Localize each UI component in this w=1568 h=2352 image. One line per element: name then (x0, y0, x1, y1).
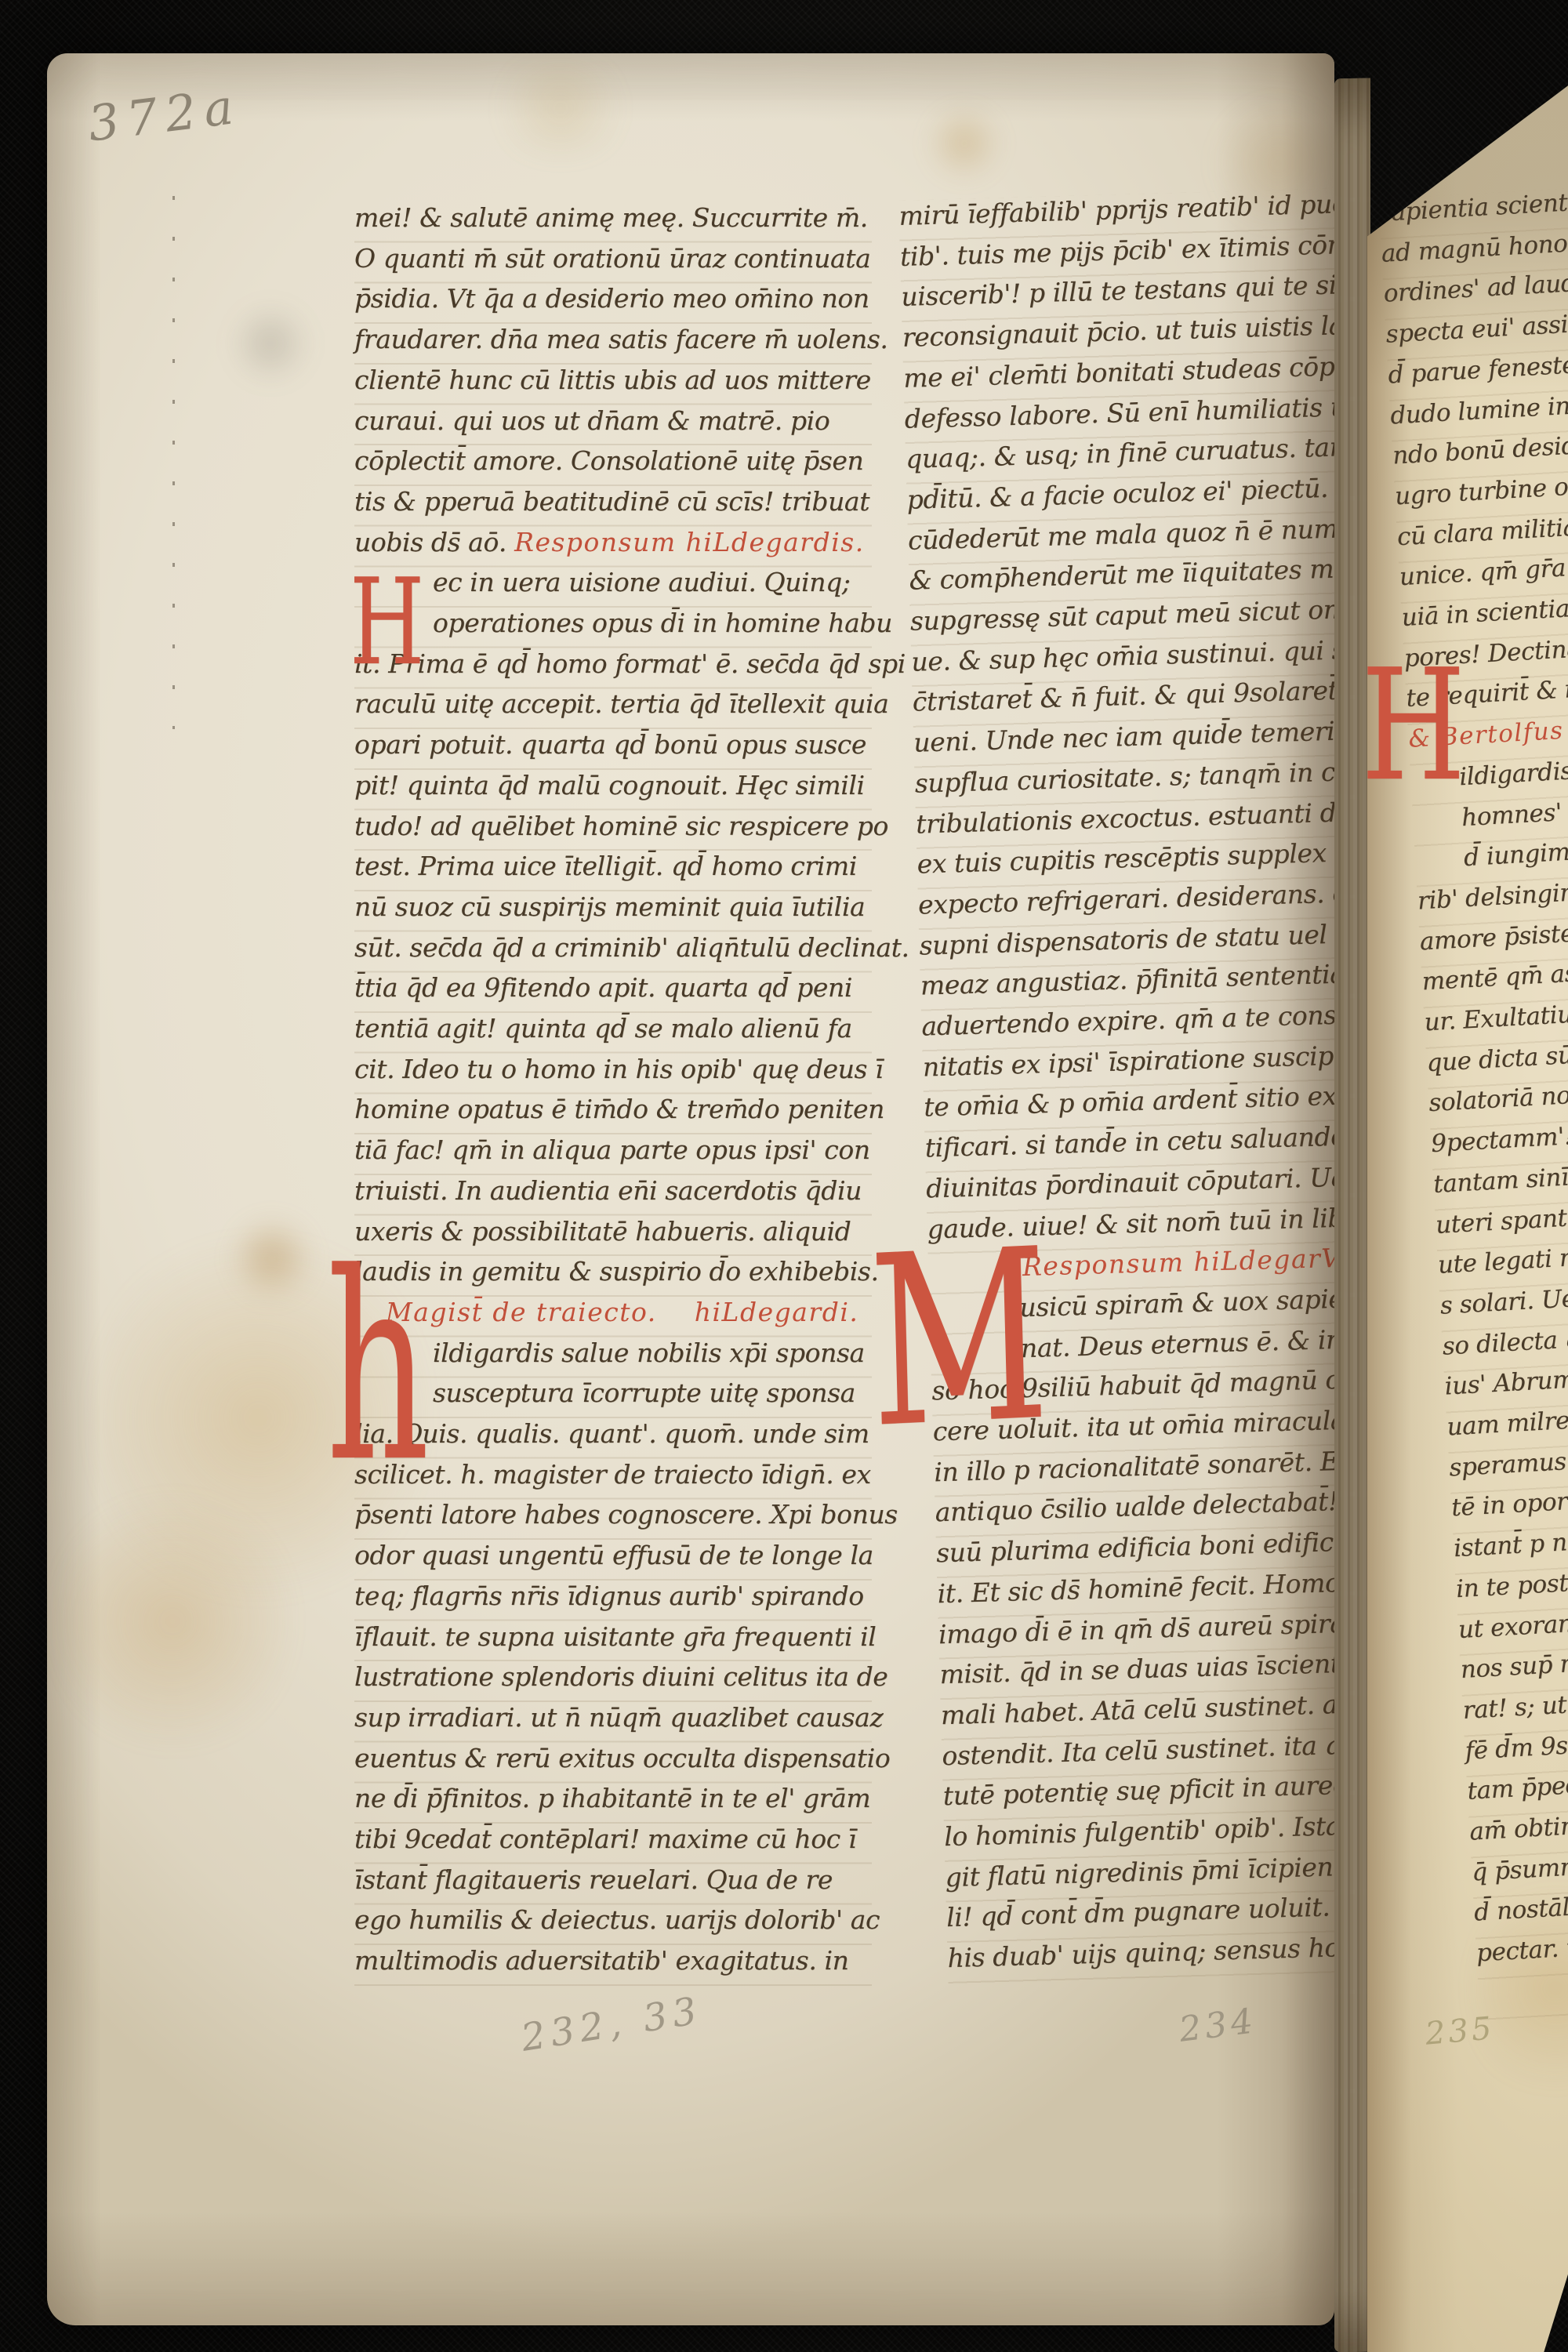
text-line: īflauit. te supna uisitante gr̄a frequen… (354, 1621, 872, 1662)
text-line: lia. Quis. qualis. quant'. quom̄. unde s… (354, 1418, 872, 1459)
body-text: mirū īeffabilib' pprijs reatib' id puoca… (898, 187, 1334, 231)
body-text: sup irradiari. ut n̄ nūqm̄ quazlibet cau… (354, 1702, 883, 1733)
body-text: fraudarer. dn̄a mea satis facere m̄ uole… (354, 324, 887, 354)
text-column-right: mirū īeffabilib' pprijs reatib' id puoca… (898, 187, 1334, 1995)
text-line: p̄sidia. Vt q̄a a desiderio meo om̄ino n… (354, 283, 872, 324)
pencil-page-number-right: 235 (1424, 2010, 1496, 2053)
body-text: curaui. qui uos ut dn̄am & matrē. pio (354, 405, 829, 436)
text-line: p̄senti latore habes cognoscere. Xpi bon… (354, 1499, 872, 1540)
text-line: scilicet. h. magister de traiecto īdign̄… (354, 1459, 872, 1500)
body-text: odor quasi ungentū effusū de te longe l… (354, 1540, 873, 1570)
body-text: test. Prima uice ītelligit̄. qd̄ homo cr… (354, 851, 857, 881)
text-line: opari potuit. quarta qd̄ bonū opus susce (354, 729, 872, 770)
body-text: tis & pperuā beatitudinē cū scīs! tri… (354, 486, 869, 517)
text-line: odor quasi ungentū effusū de te longe l… (354, 1540, 872, 1581)
red-initial-H-responsum: H (350, 563, 424, 682)
body-text: teq; flagrn̄s nr̄is īdignus aurib' spira… (354, 1581, 864, 1611)
body-text: t̄tia q̄d ea 9fitendo apit. quarta qd̄ p… (354, 972, 852, 1003)
text-line: clientē hunc cū littis ubis ad uos mitt… (354, 365, 872, 405)
folio-number-pencil: 372a (85, 77, 244, 152)
text-column-facing-page: sapientia scientia. ītellecad magnū hono… (1378, 186, 1568, 2024)
text-line: ego humilis & deiectus. uarijs dolorib' … (354, 1904, 872, 1945)
text-line: pit! quinta q̄d malū cognouit. Hęc simil… (354, 770, 872, 811)
text-line: euentus & rerū exitus occulta dispensati… (354, 1743, 872, 1784)
pencil-page-number-center: 234 (1177, 2001, 1258, 2050)
text-line: ne d̄i p̄finitos. p ihabitantē in te el'… (354, 1783, 872, 1824)
body-text: sūt. sec̄da q̄d a criminib' aliqn̄tulū d… (354, 932, 909, 963)
body-text: tibi 9cedat̄ contēplari! maxime cū hoc … (354, 1824, 856, 1854)
red-initial-H-hildegardis: h (326, 1239, 430, 1497)
text-line: it. Prima ē qd̄ homo format' ē. sec̄da q… (354, 648, 872, 689)
text-line: curaui. qui uos ut dn̄am & matrē. pio (354, 405, 872, 446)
body-text: clientē hunc cū littis ubis ad uos mitt… (354, 365, 871, 395)
body-text: tiā fac! qm̄ in aliqua parte opus ipsi'… (354, 1134, 870, 1165)
red-initial-H-facing: H (1367, 649, 1465, 803)
text-line: tiā fac! qm̄ in aliqua parte opus ipsi'… (354, 1134, 872, 1175)
body-text: īflauit. te supna uisitante gr̄a frequen… (354, 1621, 876, 1652)
text-line: homine opatus ē tim̄do & trem̄do peniten (354, 1094, 872, 1134)
body-text: multimodis aduersitatib' exagitatus. in (354, 1945, 849, 1976)
body-text: operationes opus d̄i in homine habu (433, 608, 892, 638)
body-text: scilicet. h. magister de traiecto īdign̄… (354, 1459, 871, 1490)
body-text: mei! & salutē animę meę. Succurrite m̄. (354, 202, 868, 233)
body-text: ne d̄i p̄finitos. p ihabitantē in te el'… (354, 1783, 870, 1813)
body-text: triuisti. In audientia en̄i sacerdotis q… (354, 1175, 862, 1206)
pencil-page-number-left: 232, 33 (518, 1988, 705, 2060)
text-line: Magist̄ de traiecto. hiLdegardi. (386, 1297, 903, 1338)
text-line: teq; flagrn̄s nr̄is īdignus aurib' spira… (354, 1581, 872, 1621)
rubric-text: Magist̄ de traiecto. hiLdegardi. (386, 1297, 858, 1327)
body-text: O quanti m̄ sūt orationū ūraz continua… (354, 243, 870, 274)
text-column-left: mei! & salutē animę meę. Succurrite m̄.O… (354, 202, 872, 1998)
body-text: sapientia scientia. ītellec (1378, 183, 1568, 227)
body-text: ego humilis & deiectus. uarijs dolorib' … (354, 1904, 880, 1935)
facing-page-sliver: sapientia scientia. ītellecad magnū hono… (1367, 67, 1568, 2352)
text-line: cōplectit̄ amore. Consolationē uitę p̄se… (354, 445, 872, 486)
pricking-marks (172, 196, 175, 729)
body-text: cōplectit̄ amore. Consolationē uitę p̄se… (354, 445, 863, 476)
body-text: p̄senti latore habes cognoscere. Xpi bon… (354, 1499, 898, 1530)
text-line: uxeris & possibilitatē habueris. aliquid (354, 1216, 872, 1257)
text-line: mei! & salutē animę meę. Succurrite m̄. (354, 202, 872, 243)
text-line: nū suoz cū suspirijs meminit quia īutil… (354, 891, 872, 932)
manuscript-photograph: 372a 232, 33 234 mei! & salutē animę meę… (0, 0, 1568, 2352)
red-initial-M-musicum: M (867, 1218, 1051, 1461)
text-line: mirū īeffabilib' pprijs reatib' id puoca… (898, 187, 1334, 241)
text-line: īstant̄ flagitaueris reuelari. Qua de re (354, 1864, 872, 1905)
parchment-stain (55, 1480, 290, 1762)
text-line: uobis ds̄ aō. Responsum hiLdegardis. (354, 527, 872, 568)
body-text: lia. Quis. qualis. quant'. quom̄. unde s… (354, 1418, 869, 1449)
text-line: operationes opus d̄i in homine habu (433, 608, 950, 648)
parchment-stain (1207, 100, 1334, 226)
text-line: raculū uitę accepit. tertia q̄d ītellexi… (354, 688, 872, 729)
body-text: tudo! ad quēlibet hominē sic respicere p… (354, 811, 888, 841)
body-text: tentiā agit! quinta qd̄ se malo alienū … (354, 1013, 852, 1044)
text-line: t̄tia q̄d ea 9fitendo apit. quarta qd̄ p… (354, 972, 872, 1013)
body-text: laudis in gemitu & suspirio d̄o exhibebi… (354, 1256, 879, 1287)
text-line: sup irradiari. ut n̄ nūqm̄ quazlibet cau… (354, 1702, 872, 1743)
body-text: homine opatus ē tim̄do & trem̄do peniten (354, 1094, 884, 1124)
fore-edge-page-stack (1334, 78, 1370, 2352)
text-line: triuisti. In audientia en̄i sacerdotis q… (354, 1175, 872, 1216)
body-text: euentus & rerū exitus occulta dispensati… (354, 1743, 890, 1773)
text-line: tudo! ad quēlibet hominē sic respicere p… (354, 811, 872, 851)
body-text: ec in uera uisione audiui. Quinq; (433, 567, 851, 597)
body-text: cit. Ideo tu o homo in his opib' quę deu… (354, 1054, 883, 1084)
text-line: O quanti m̄ sūt orationū ūraz continua… (354, 243, 872, 284)
parchment-stain (925, 108, 1004, 179)
text-line: cit. Ideo tu o homo in his opib' quę deu… (354, 1054, 872, 1094)
text-line: test. Prima uice ītelligit̄. qd̄ homo cr… (354, 851, 872, 891)
body-text: pit! quinta q̄d malū cognouit. Hęc simil… (354, 770, 865, 800)
body-text: ildigardis salue nobilis xp̄i sponsa (433, 1338, 865, 1368)
left-page-parchment: 372a 232, 33 234 mei! & salutē animę meę… (47, 53, 1334, 2325)
text-line: lustratione splendoris diuini celitus it… (354, 1661, 872, 1702)
body-text: raculū uitę accepit. tertia q̄d ītellexi… (354, 688, 888, 719)
body-text: susceptura īcorrupte uitę sponsa (433, 1377, 855, 1408)
body-text: opari potuit. quarta qd̄ bonū opus susce (354, 729, 866, 760)
body-text: p̄sidia. Vt q̄a a desiderio meo om̄ino n… (354, 283, 869, 314)
text-line: ec in uera uisione audiui. Quinq; (433, 567, 950, 608)
body-text: lustratione splendoris diuini celitus it… (354, 1661, 887, 1692)
text-line: fraudarer. dn̄a mea satis facere m̄ uole… (354, 324, 872, 365)
text-line: multimodis aduersitatib' exagitatus. in (354, 1945, 872, 1986)
text-line: sūt. sec̄da q̄d a criminib' aliqn̄tulū d… (354, 932, 872, 973)
text-line: tis & pperuā beatitudinē cū scīs! tri… (354, 486, 872, 527)
parchment-stain (486, 61, 635, 155)
body-text: īstant̄ flagitaueris reuelari. Qua de re (354, 1864, 833, 1895)
text-line: tentiā agit! quinta qd̄ se malo alienū … (354, 1013, 872, 1054)
parchment-stain (229, 1215, 315, 1301)
text-line: tibi 9cedat̄ contēplari! maxime cū hoc … (354, 1824, 872, 1864)
parchment-smudge (227, 304, 314, 383)
text-line: laudis in gemitu & suspirio d̄o exhibebi… (354, 1256, 872, 1297)
body-text: nū suoz cū suspirijs meminit quia īutil… (354, 891, 865, 922)
body-text: it. Prima ē qd̄ homo format' ē. sec̄da q… (354, 648, 906, 679)
rubric-text: Responsum hiLdegardis. (514, 527, 865, 557)
